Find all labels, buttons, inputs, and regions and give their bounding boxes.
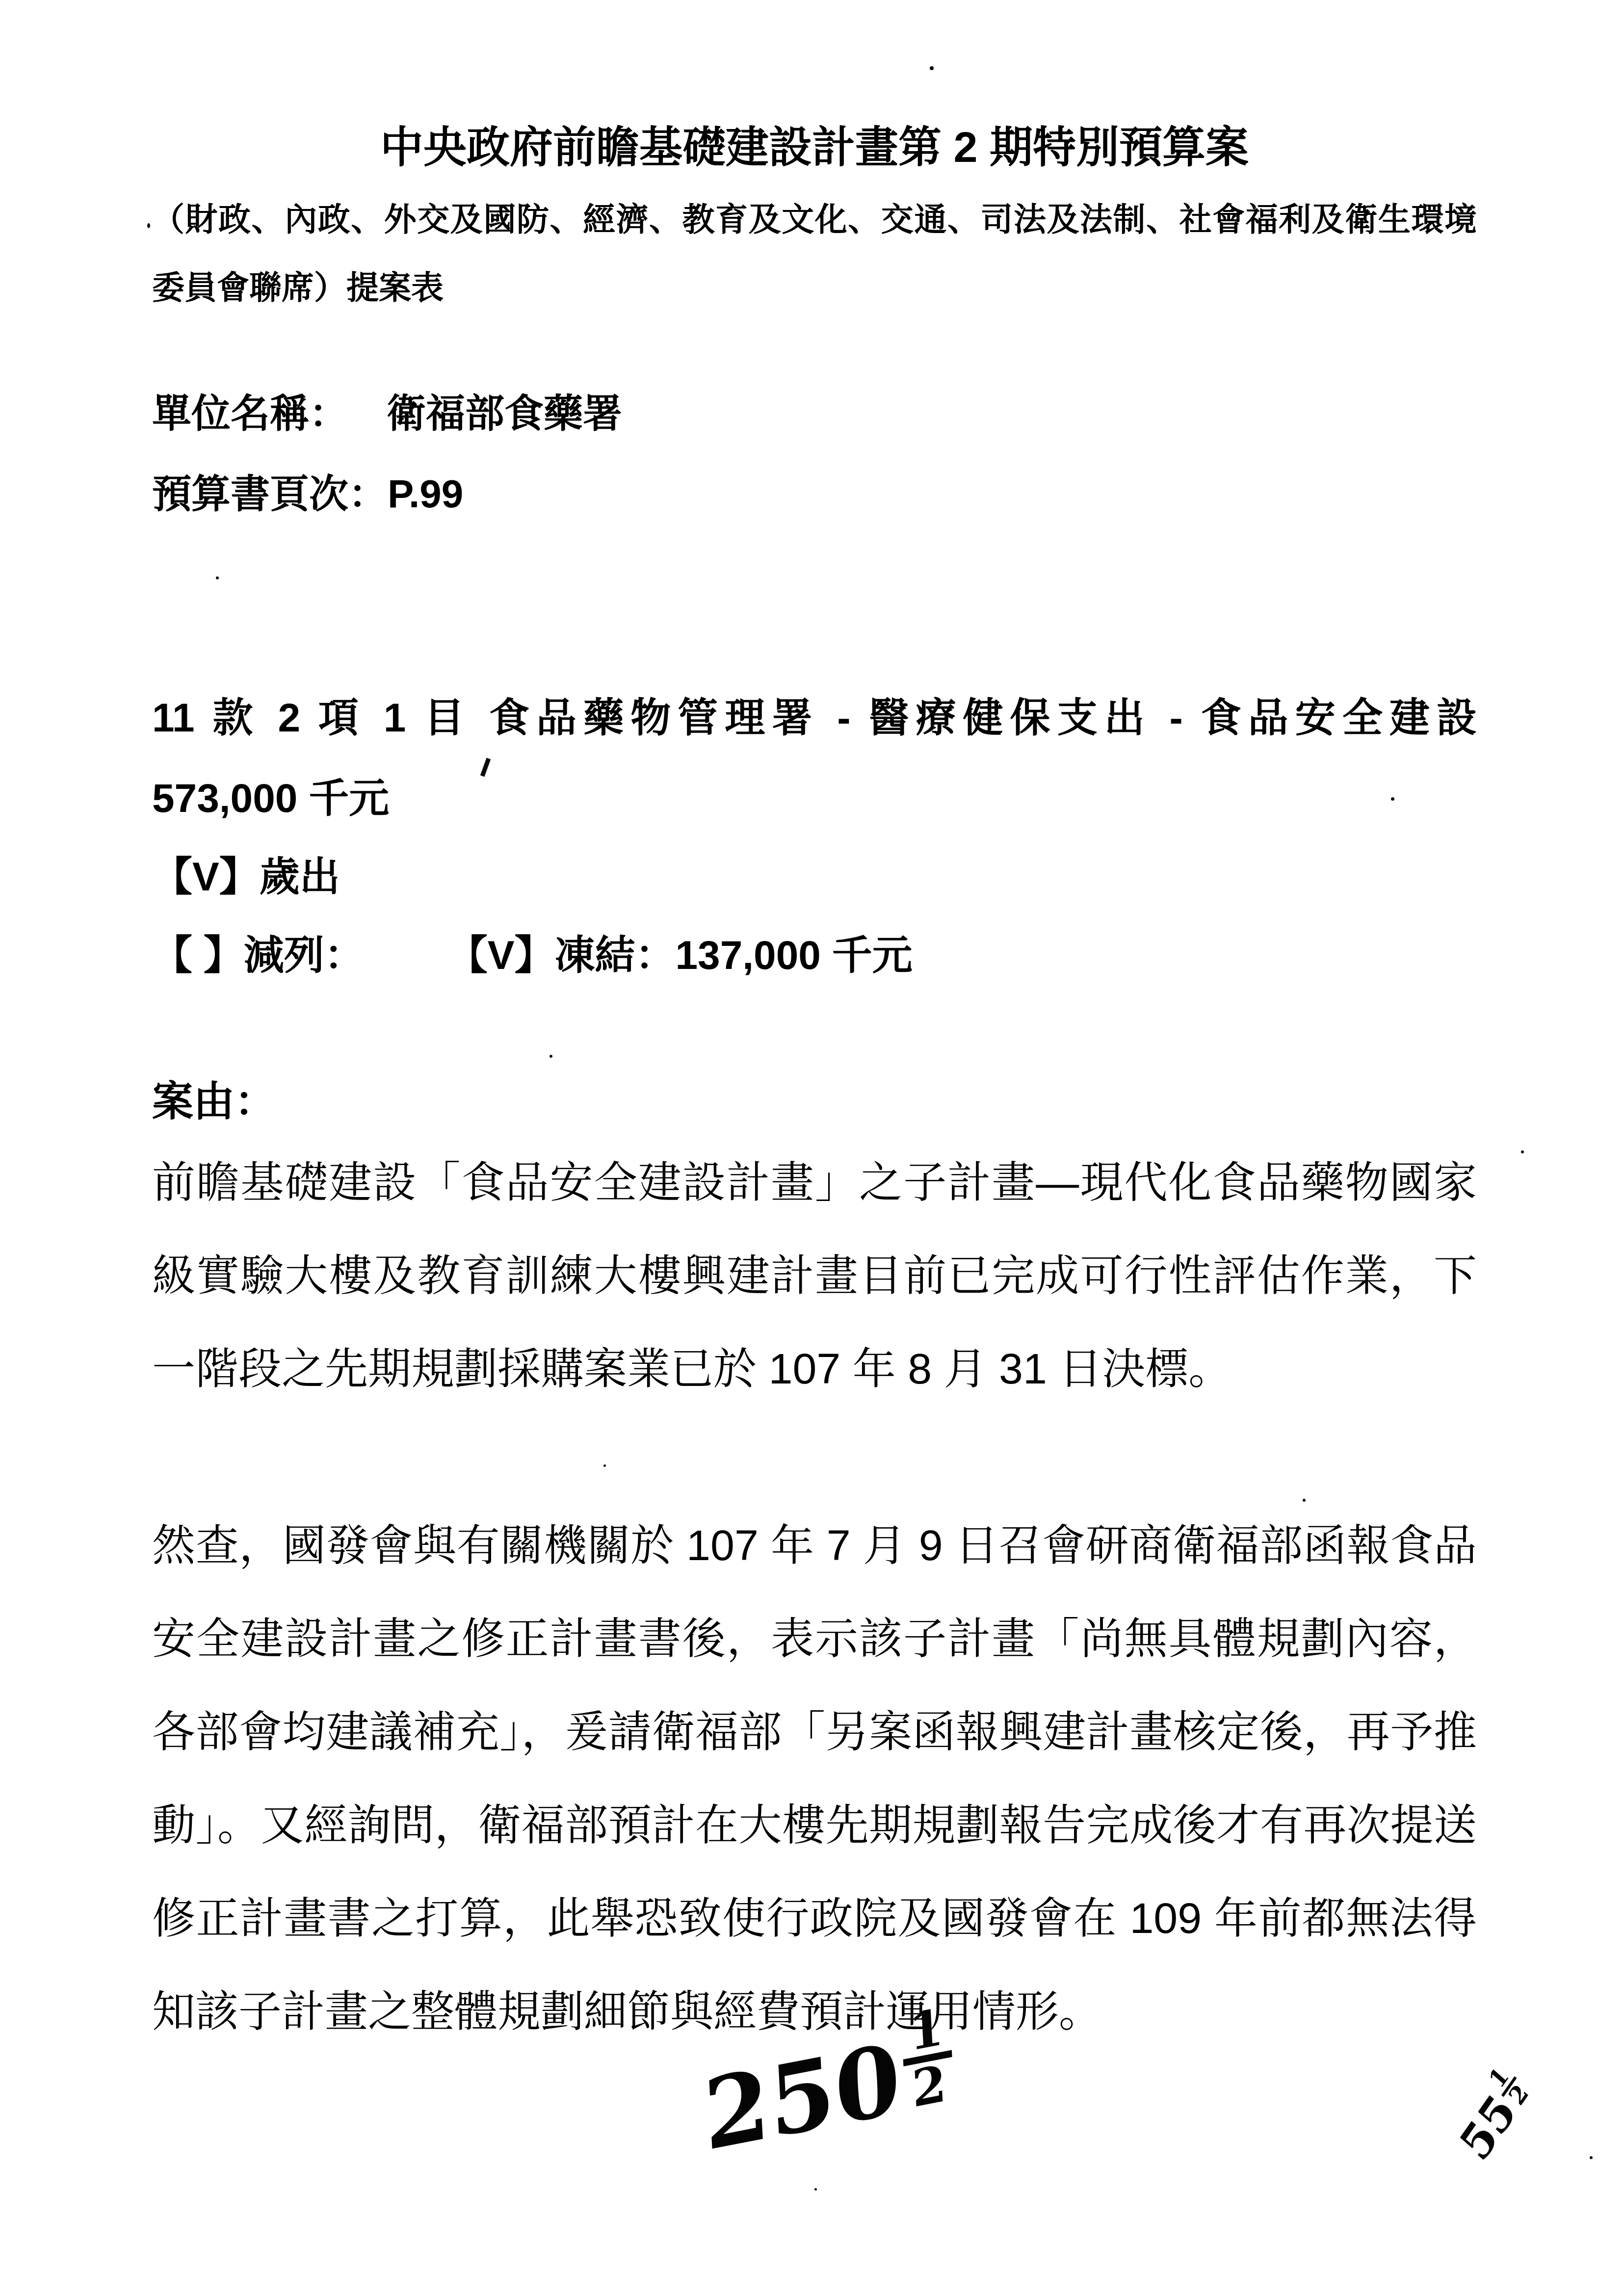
scan-noise-speck — [1590, 2156, 1593, 2159]
scan-noise-speck — [930, 66, 934, 70]
committee-subtitle-line-1: （財政、內政、外交及國防、經濟、教育及文化、交通、司法及法制、社會福利及衛生環境 — [152, 199, 1477, 240]
document-title: 中央政府前瞻基礎建設計畫第 2 期特別預算案 — [152, 113, 1477, 175]
scan-noise-speck — [147, 223, 150, 228]
case-paragraph1-line: 一階段之先期規劃採購案業已於 107 年 8 月 31 日決標。 — [152, 1334, 1477, 1396]
budget-page-row: 預算書頁次：P.99 — [152, 462, 1477, 519]
scanned-document-page: { "page": { "title": "中央政府前瞻基礎建設計畫第 2 期特… — [0, 0, 1624, 2296]
scan-noise-speck — [1391, 797, 1394, 801]
budget-amount-line: 573,000 千元 — [152, 766, 1477, 824]
reduce-freeze-line: 【 】減列：【V】凍結：137,000 千元 — [152, 923, 1477, 981]
case-paragraph2-line: 各部會均建議補充」，爰請衛福部「另案函報興建計畫核定後，再予推 — [152, 1697, 1477, 1759]
scan-noise-speck — [1303, 1499, 1306, 1502]
freeze-checkbox-label: 【V】凍結：137,000 千元 — [468, 933, 913, 978]
reduce-checkbox-label: 【 】減列： — [152, 933, 365, 978]
handwritten-center-fraction: 12 — [901, 2002, 955, 2115]
scan-noise-speck — [550, 1055, 552, 1058]
scan-noise-speck — [603, 1464, 606, 1467]
expenditure-checkbox-line: 【V】歲出 — [152, 845, 1477, 902]
scan-noise-speck — [814, 2188, 817, 2191]
budget-page-value: P.99 — [388, 472, 463, 516]
handwritten-page-number-right: 5512 — [1447, 2061, 1541, 2170]
budget-item-line: 11 款 2 項 1 目 食品藥物管理署 - 醫療健保支出 - 食品安全建設 — [152, 686, 1477, 743]
fraction-denominator: 2 — [904, 2057, 955, 2115]
unit-name-value: 衛福部食藥署 — [387, 391, 622, 435]
case-section-label: 案由： — [152, 1069, 1477, 1128]
scan-noise-speck — [216, 576, 219, 579]
scan-noise-speck — [1521, 1150, 1524, 1153]
budget-page-label: 預算書頁次： — [152, 472, 388, 516]
unit-name-label: 單位名稱： — [152, 391, 348, 435]
case-paragraph2-line: 然查，國發會與有關機關於 107 年 7 月 9 日召會研商衛福部函報食品 — [152, 1511, 1477, 1573]
case-paragraph1-line: 前瞻基礎建設「食品安全建設計畫」之子計畫—現代化食品藥物國家 — [152, 1148, 1477, 1210]
case-paragraph2-line: 修正計畫書之打算，此舉恐致使行政院及國發會在 109 年前都無法得 — [152, 1884, 1477, 1946]
case-paragraph2-line: 安全建設計畫之修正計畫書後，表示該子計畫「尚無具體規劃內容， — [152, 1604, 1477, 1666]
case-paragraph1-line: 級實驗大樓及教育訓練大樓興建計畫目前已完成可行性評估作業，下 — [152, 1241, 1477, 1303]
committee-subtitle-line-2: 委員會聯席）提案表 — [152, 267, 1477, 308]
handwritten-center-number: 250 — [701, 2021, 903, 2173]
case-paragraph2-line: 動」。又經詢問，衛福部預計在大樓先期規劃報告完成後才有再次提送 — [152, 1791, 1477, 1852]
unit-name-row: 單位名稱：衛福部食藥署 — [152, 382, 1477, 438]
